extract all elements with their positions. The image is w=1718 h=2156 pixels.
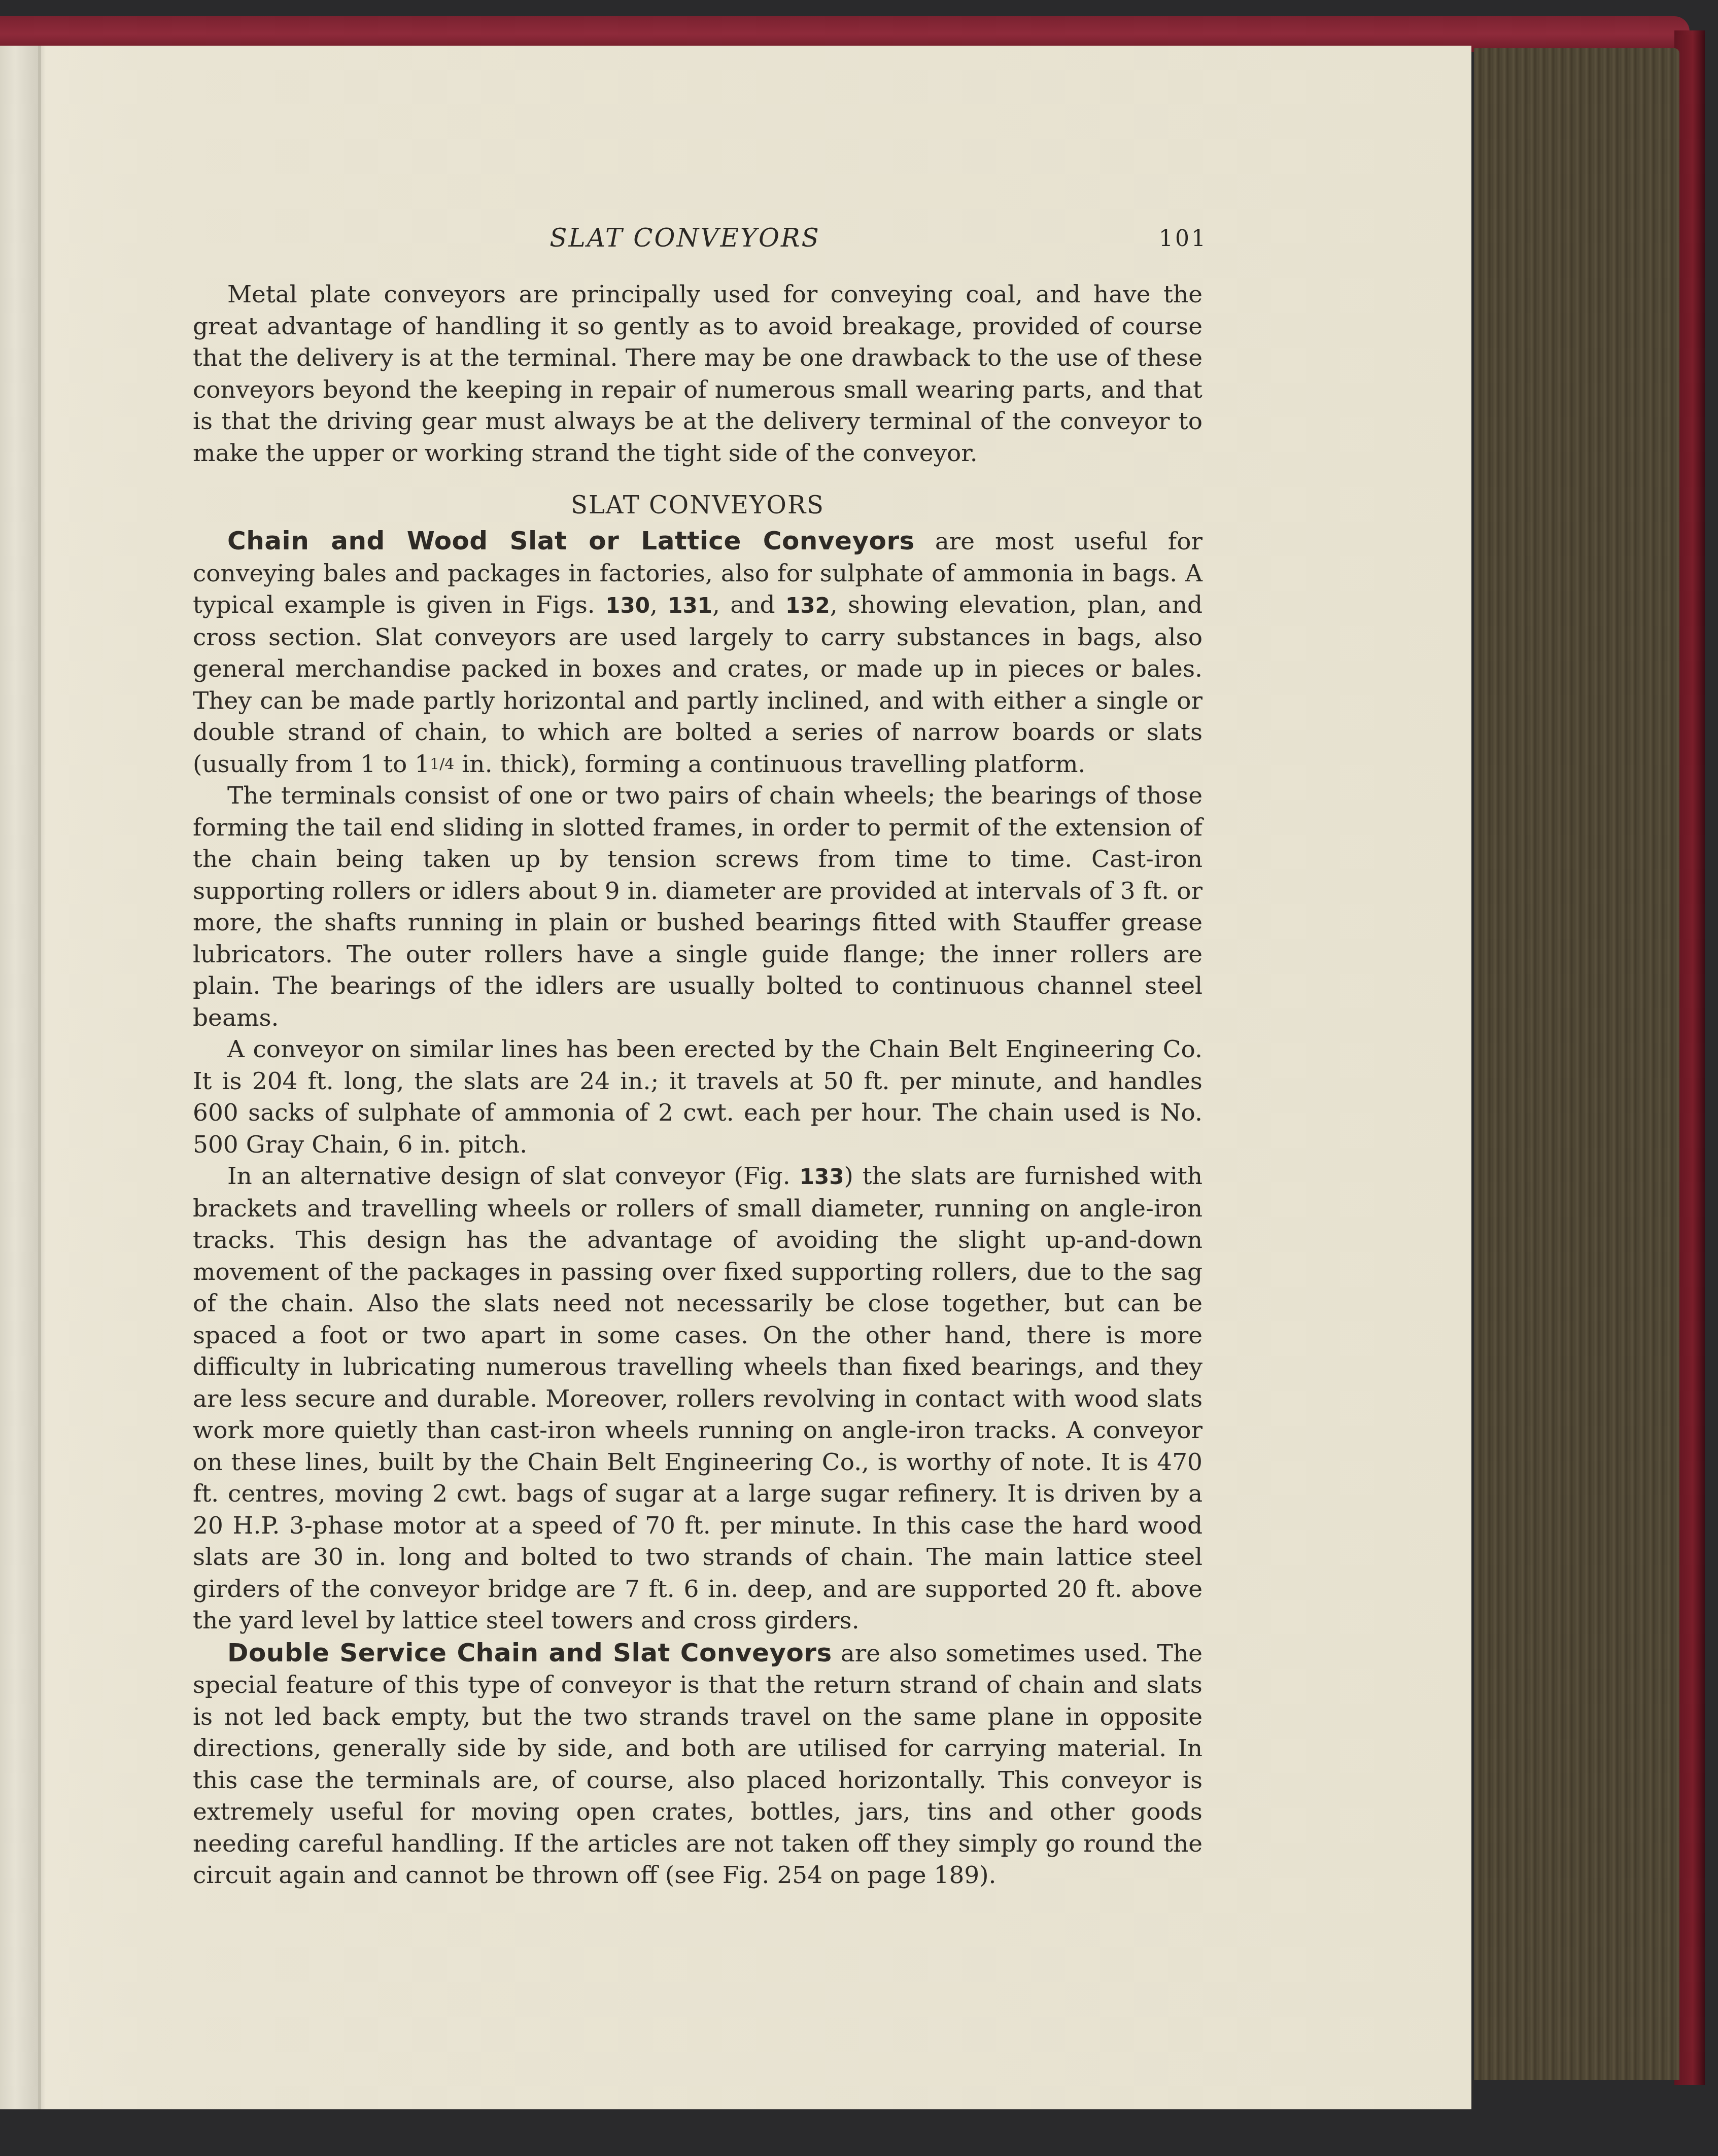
paragraph-alternative-design: In an alternative design of slat conveyo… [193, 1161, 1202, 1637]
page-number: 101 [1147, 226, 1208, 252]
text-column: Metal plate conveyors are principally us… [193, 279, 1202, 1892]
intro-paragraph: Metal plate conveyors are principally us… [193, 279, 1202, 469]
run-in-heading: Chain and Wood Slat or Lattice Conveyors [227, 526, 915, 555]
figure-ref: 132 [785, 593, 830, 618]
paragraph-text: In an alternative design of slat conveyo… [227, 1162, 800, 1190]
gutter-fold [38, 46, 41, 2109]
paragraph-text: in. thick), forming a continuous travell… [454, 750, 1085, 778]
separator: , and [712, 591, 785, 619]
paragraph-double-service: Double Service Chain and Slat Conveyors … [193, 1637, 1202, 1892]
fraction: 1/4 [430, 755, 454, 773]
figure-ref: 133 [800, 1164, 844, 1189]
separator: , [650, 591, 668, 619]
section-title: SLAT CONVEYORS [193, 490, 1202, 521]
paragraph-chain-wood-slat: Chain and Wood Slat or Lattice Conveyors… [193, 525, 1202, 780]
running-head: SLAT CONVEYORS [507, 223, 863, 253]
paragraph-chain-belt-example: A conveyor on similar lines has been ere… [193, 1034, 1202, 1161]
figure-ref: 131 [668, 593, 712, 618]
paragraph-terminals: The terminals consist of one or two pair… [193, 780, 1202, 1034]
page-block-edges [1474, 48, 1679, 2080]
paragraph-text: ) the slats are furnished with brackets … [193, 1162, 1202, 1635]
run-in-heading: Double Service Chain and Slat Conveyors [227, 1638, 832, 1667]
figure-ref: 130 [605, 593, 650, 618]
paragraph-text: are also sometimes used. The special fea… [193, 1640, 1202, 1890]
